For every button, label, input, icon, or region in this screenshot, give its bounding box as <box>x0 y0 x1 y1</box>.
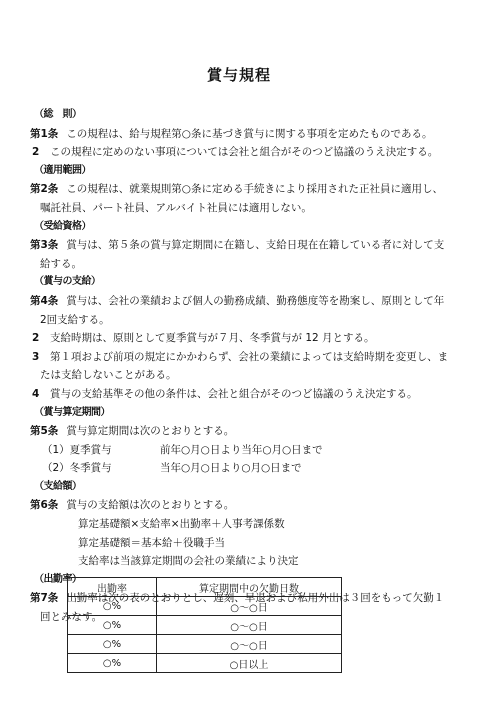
article-4-item-3-continued: たは支給しないことがある。 <box>30 366 460 385</box>
document-title: 賞与規程 <box>0 64 478 85</box>
article-4-item-4: 4賞与の支給基準その他の条件は、会社と組合がそのつど協議のうえ決定する。 <box>30 385 460 404</box>
cell-absence-days: ○日以上 <box>157 654 342 673</box>
column-header-absence-days: 算定期間中の欠勤日数 <box>157 578 342 597</box>
item-text: 第１項および前項の規定にかかわらず、会社の業績によっては支給時期を変更し、ま <box>50 351 448 363</box>
column-header-attendance-rate: 出勤率 <box>68 578 157 597</box>
table-header-row: 出勤率 算定期間中の欠勤日数 <box>68 578 342 597</box>
article-4-continued: 2回支給する。 <box>30 311 460 330</box>
item-text: 賞与の支給基準その他の条件は、会社と組合がそのつど協議のうえ決定する。 <box>50 388 418 400</box>
item-number: 2 <box>30 329 50 348</box>
article-label: 第2条 <box>30 180 58 199</box>
article-label: 第4条 <box>30 292 58 311</box>
article-1: 第1条この規程は、給与規程第○条に基づき賞与に関する事項を定めたものである。 <box>30 125 460 144</box>
article-4: 第4条賞与は、会社の業績および個人の勤務成績、勤務態度等を勘案し、原則として年 <box>30 292 460 311</box>
article-5: 第5条賞与算定期間は次のとおりとする。 <box>30 422 460 441</box>
item-number: 3 <box>30 348 50 367</box>
article-label: 第7条 <box>30 589 58 608</box>
item-number: 4 <box>30 385 50 404</box>
formula-line: 算定基礎額＝基本給＋役職手当 <box>30 534 460 553</box>
period-summer: （1）夏季賞与前年○月○日より当年○月○日まで <box>30 441 460 460</box>
article-text: 賞与は、会社の業績および個人の勤務成績、勤務態度等を勘案し、原則として年 <box>66 295 444 307</box>
article-text: 賞与算定期間は次のとおりとする。 <box>66 425 234 437</box>
table-row: ○% ○日以上 <box>68 654 342 673</box>
article-4-item-3: 3第１項および前項の規定にかかわらず、会社の業績によっては支給時期を変更し、ま <box>30 348 460 367</box>
article-1-item-2: 2この規程に定めのない事項については会社と組合がそのつど協議のうえ決定する。 <box>30 143 460 162</box>
article-text: この規程は、給与規程第○条に基づき賞与に関する事項を定めたものである。 <box>66 128 432 140</box>
section-heading-eligibility: （受給資格） <box>30 218 460 237</box>
article-text: この規程は、就業規則第○条に定める手続きにより採用された正社員に適用し、 <box>66 183 443 195</box>
formula-line: 支給率は当該算定期間の会社の業績により決定 <box>30 552 460 571</box>
period-winter: （2）冬季賞与当年○月○日より○月○日まで <box>30 459 460 478</box>
cell-absence-days: ○～○日 <box>157 616 342 635</box>
table-row: ○% ○～○日 <box>68 616 342 635</box>
cell-attendance-rate: ○% <box>68 597 157 616</box>
article-label: 第3条 <box>30 236 58 255</box>
article-2-continued: 嘱託社員、パート社員、アルバイト社員には適用しない。 <box>30 199 460 218</box>
section-heading-general: （総 則） <box>30 106 460 125</box>
formula-line: 算定基礎額×支給率×出勤率＋人事考課係数 <box>30 515 460 534</box>
cell-absence-days: ○～○日 <box>157 635 342 654</box>
article-text: 賞与は、第５条の賞与算定期間に在籍し、支給日現在在籍している者に対して支 <box>66 239 444 251</box>
table-row: ○% ○～○日 <box>68 597 342 616</box>
item-text: この規程に定めのない事項については会社と組合がそのつど協議のうえ決定する。 <box>50 146 438 158</box>
article-label: 第1条 <box>30 125 58 144</box>
period-label: （1）夏季賞与 <box>42 441 160 460</box>
document-body: （総 則） 第1条この規程は、給与規程第○条に基づき賞与に関する事項を定めたもの… <box>30 106 460 627</box>
article-text: 賞与の支給額は次のとおりとする。 <box>66 499 234 511</box>
cell-absence-days: ○～○日 <box>157 597 342 616</box>
table-row: ○% ○～○日 <box>68 635 342 654</box>
period-label: （2）冬季賞与 <box>42 459 160 478</box>
article-label: 第6条 <box>30 496 58 515</box>
section-heading-period: （賞与算定期間） <box>30 404 460 423</box>
attendance-table: 出勤率 算定期間中の欠勤日数 ○% ○～○日 ○% ○～○日 ○% ○～○日 ○… <box>67 577 342 673</box>
period-value: 当年○月○日より○月○日まで <box>160 462 302 474</box>
section-heading-payment: （賞与の支給） <box>30 273 460 292</box>
article-3: 第3条賞与は、第５条の賞与算定期間に在籍し、支給日現在在籍している者に対して支 <box>30 236 460 255</box>
item-number: 2 <box>30 143 50 162</box>
article-6: 第6条賞与の支給額は次のとおりとする。 <box>30 496 460 515</box>
cell-attendance-rate: ○% <box>68 635 157 654</box>
cell-attendance-rate: ○% <box>68 654 157 673</box>
cell-attendance-rate: ○% <box>68 616 157 635</box>
article-2: 第2条この規程は、就業規則第○条に定める手続きにより採用された正社員に適用し、 <box>30 180 460 199</box>
article-label: 第5条 <box>30 422 58 441</box>
article-4-item-2: 2支給時期は、原則として夏季賞与が７月、冬季賞与が 12 月とする。 <box>30 329 460 348</box>
section-heading-scope: （適用範囲） <box>30 162 460 181</box>
section-heading-amount: （支給額） <box>30 478 460 497</box>
article-3-continued: 給する。 <box>30 255 460 274</box>
period-value: 前年○月○日より当年○月○日まで <box>160 444 323 456</box>
item-text: 支給時期は、原則として夏季賞与が７月、冬季賞与が 12 月とする。 <box>50 332 375 344</box>
